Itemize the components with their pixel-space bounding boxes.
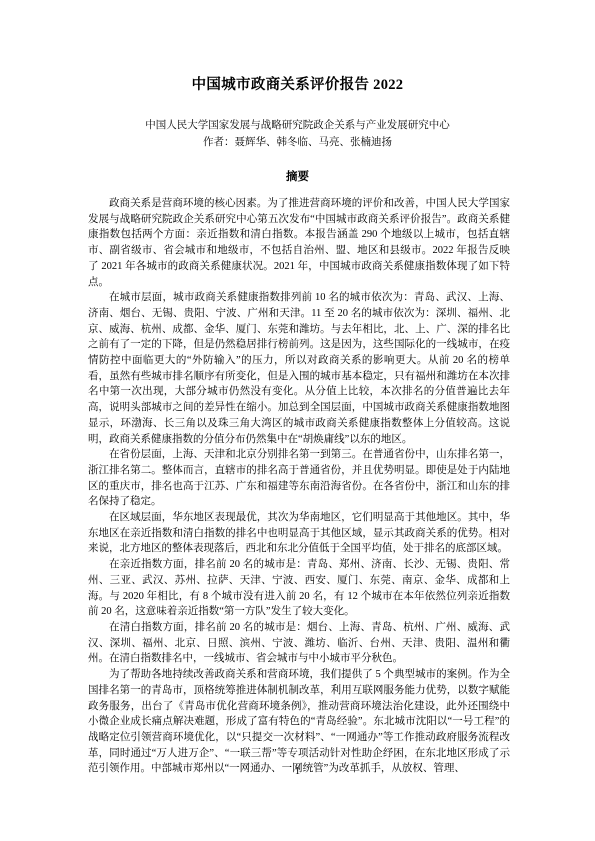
- abstract-paragraph-1: 政商关系是营商环境的核心因素。为了推进营商环境的评价和改善，中国人民大学国家发展…: [88, 196, 510, 290]
- abstract-paragraph-5: 在亲近指数方面，排名前 20 名的城市是：青岛、郑州、济南、长沙、无锡、贵阳、常…: [88, 557, 510, 620]
- abstract-body: 政商关系是营商环境的核心因素。为了推进营商环境的评价和改善，中国人民大学国家发展…: [88, 196, 510, 777]
- abstract-paragraph-2: 在城市层面，城市政商关系健康指数排列前 10 名的城市依次为：青岛、武汉、上海、…: [88, 290, 510, 447]
- page-title: 中国城市政商关系评价报告 2022: [0, 73, 595, 94]
- report-page: 中国城市政商关系评价报告 2022 中国人民大学国家发展与战略研究院政企关系与产…: [0, 0, 595, 841]
- authors-line: 作者：聂辉华、韩冬临、马亮、张楠迪扬: [0, 134, 595, 149]
- page-number: 1: [0, 766, 595, 777]
- abstract-paragraph-7: 为了帮助各地持续改善政商关系和营商环境，我们提供了 5 个典型城市的案例。作为全…: [88, 667, 510, 777]
- abstract-heading: 摘要: [0, 168, 595, 184]
- abstract-paragraph-3: 在省份层面，上海、天津和北京分别排名第一到第三。在普通省份中，山东排名第一，浙江…: [88, 447, 510, 510]
- affiliation-line: 中国人民大学国家发展与战略研究院政企关系与产业发展研究中心: [0, 117, 595, 132]
- abstract-paragraph-6: 在清白指数方面，排名前 20 名的城市是：烟台、上海、青岛、杭州、广州、威海、武…: [88, 620, 510, 667]
- abstract-paragraph-4: 在区域层面，华东地区表现最优，其次为华南地区，它们明显高于其他地区。其中，华东地…: [88, 510, 510, 557]
